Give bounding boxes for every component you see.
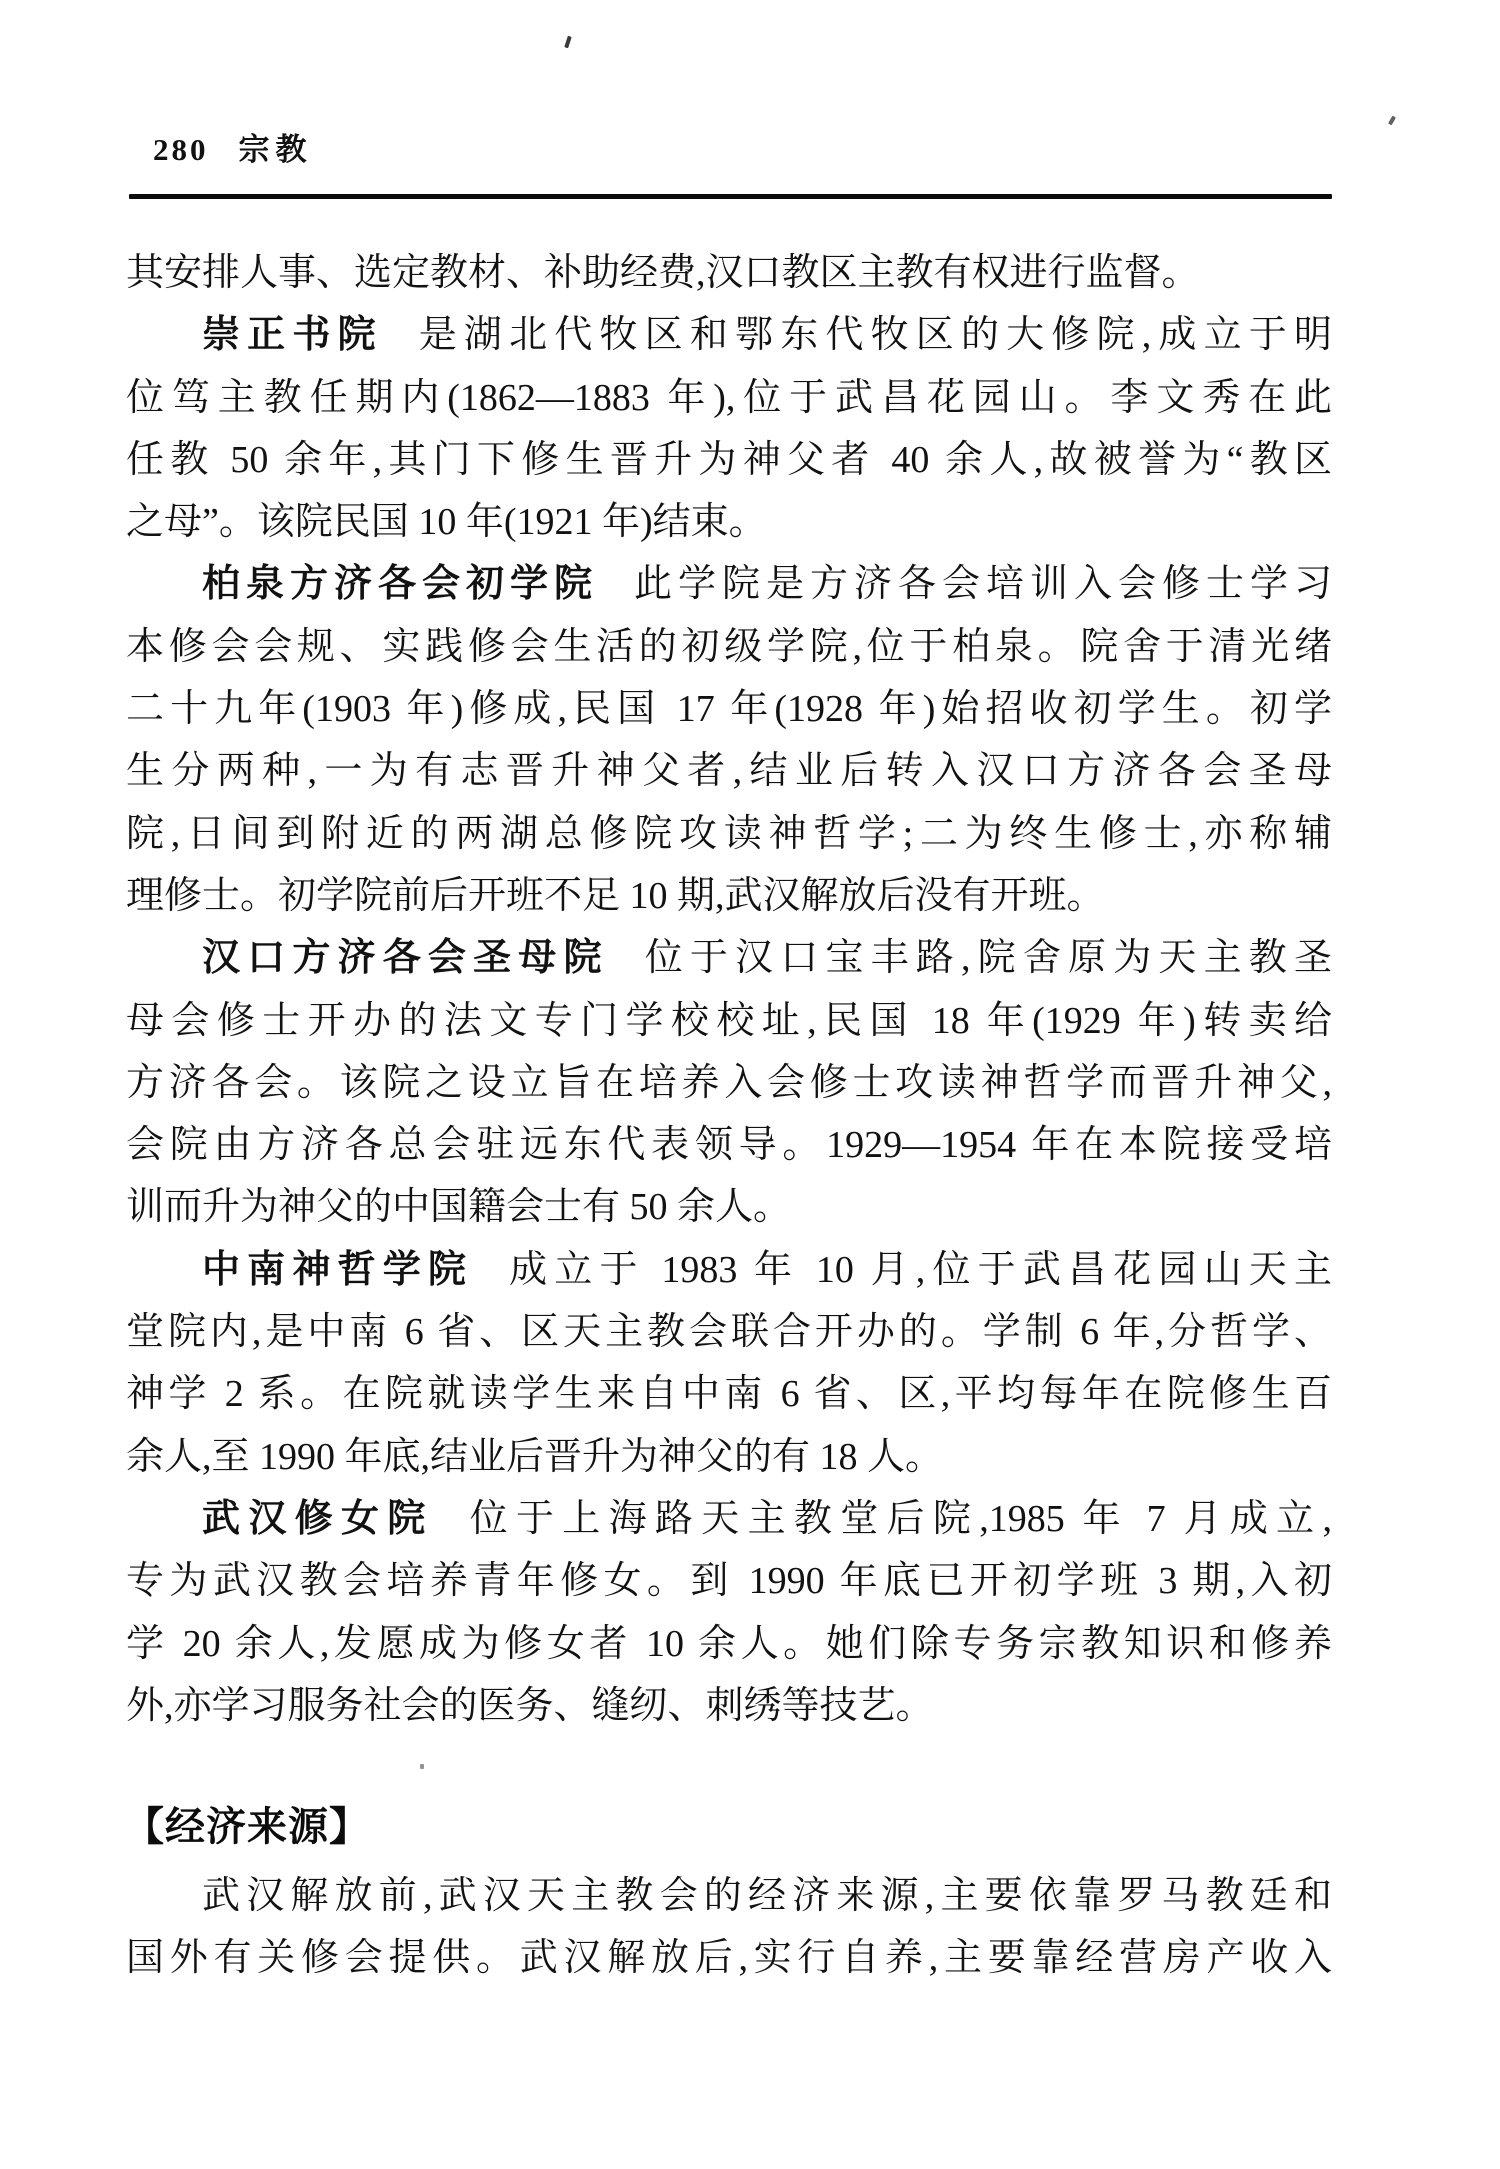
text-line: 会院由方济各总会驻远东代表领导。1929—1954 年在本院接受培 bbox=[126, 1114, 1332, 1176]
text-line: 其安排人事、选定教材、补助经费,汉口教区主教有权进行监督。 bbox=[126, 242, 1332, 304]
text-line: 之母”。该院民国 10 年(1921 年)结束。 bbox=[126, 491, 1332, 553]
text-run: 【经济来源】 bbox=[124, 1805, 370, 1849]
entry-term: 汉口方济各会圣母院 bbox=[202, 937, 609, 979]
section-heading: 【经济来源】 bbox=[124, 1789, 1332, 1865]
text-run: 院,日间到附近的两湖总修院攻读神哲学;二为终生修士,亦称辅 bbox=[126, 813, 1332, 855]
text-line: 外,亦学习服务社会的医务、缝纫、刺绣等技艺。 bbox=[126, 1675, 1332, 1737]
entry-term: 武汉修女院 bbox=[202, 1498, 434, 1540]
text-run: 位于上海路天主教堂后院,1985 年 7 月成立, bbox=[470, 1498, 1332, 1540]
text-line: 任教 50 余年,其门下修生晋升为神父者 40 余人,故被誉为“教区 bbox=[126, 429, 1332, 491]
text-run: 其安排人事、选定教材、补助经费,汉口教区主教有权进行监督。 bbox=[126, 252, 1200, 294]
text-line: 二十九年(1903 年)修成,民国 17 年(1928 年)始招收初学生。初学 bbox=[126, 678, 1332, 740]
running-title: 宗教 bbox=[239, 132, 313, 167]
text-run: 成立于 1983 年 10 月,位于武昌花园山天主 bbox=[509, 1249, 1332, 1291]
text-line: 训而升为神父的中国籍会士有 50 余人。 bbox=[126, 1176, 1332, 1238]
text-run: 任教 50 余年,其门下修生晋升为神父者 40 余人,故被誉为“教区 bbox=[126, 439, 1332, 481]
text-line: 武汉修女院位于上海路天主教堂后院,1985 年 7 月成立, bbox=[126, 1488, 1332, 1550]
text-line: 方济各会。该院之设立旨在培养入会修士攻读神哲学而晋升神父, bbox=[126, 1052, 1332, 1114]
text-line: 理修士。初学院前后开班不足 10 期,武汉解放后没有开班。 bbox=[126, 865, 1332, 927]
entry-term: 中南神哲学院 bbox=[202, 1249, 473, 1291]
text-line: 院,日间到附近的两湖总修院攻读神哲学;二为终生修士,亦称辅 bbox=[126, 803, 1332, 865]
text-run: 余人,至 1990 年底,结业后晋升为神父的有 18 人。 bbox=[126, 1436, 943, 1478]
text-run: 理修士。初学院前后开班不足 10 期,武汉解放后没有开班。 bbox=[126, 875, 1105, 917]
scan-artifact bbox=[295, 1688, 299, 1693]
text-run: 武汉解放前,武汉天主教会的经济来源,主要依靠罗马教廷和 bbox=[202, 1875, 1332, 1917]
header-rule bbox=[129, 194, 1332, 199]
text-line: 武汉解放前,武汉天主教会的经济来源,主要依靠罗马教廷和 bbox=[126, 1865, 1332, 1927]
page-header: 280宗教 bbox=[153, 130, 313, 170]
text-line: 位笃主教任期内(1862—1883 年),位于武昌花园山。李文秀在此 bbox=[126, 367, 1332, 429]
entry-term: 柏泉方济各会初学院 bbox=[202, 563, 598, 605]
text-run: 外,亦学习服务社会的医务、缝纫、刺绣等技艺。 bbox=[126, 1685, 934, 1727]
text-run: 本修会会规、实践修会生活的初级学院,位于柏泉。院舍于清光绪 bbox=[126, 626, 1332, 668]
text-run: 之母”。该院民国 10 年(1921 年)结束。 bbox=[126, 501, 767, 543]
text-run: 位笃主教任期内(1862—1883 年),位于武昌花园山。李文秀在此 bbox=[126, 377, 1332, 419]
book-page: 280宗教 其安排人事、选定教材、补助经费,汉口教区主教有权进行监督。崇正书院是… bbox=[0, 0, 1500, 2169]
text-run: 专为武汉教会培养青年修女。到 1990 年底已开初学班 3 期,入初 bbox=[126, 1560, 1332, 1602]
text-line: 专为武汉教会培养青年修女。到 1990 年底已开初学班 3 期,入初 bbox=[126, 1550, 1332, 1612]
text-run: 二十九年(1903 年)修成,民国 17 年(1928 年)始招收初学生。初学 bbox=[126, 688, 1332, 730]
text-line: 余人,至 1990 年底,结业后晋升为神父的有 18 人。 bbox=[126, 1426, 1332, 1488]
text-run: 会院由方济各总会驻远东代表领导。1929—1954 年在本院接受培 bbox=[126, 1124, 1332, 1166]
text-run: 神学 2 系。在院就读学生来自中南 6 省、区,平均每年在院修生百 bbox=[126, 1373, 1332, 1415]
text-run: 学 20 余人,发愿成为修女者 10 余人。她们除专务宗教知识和修养 bbox=[126, 1623, 1332, 1665]
text-run: 方济各会。该院之设立旨在培养入会修士攻读神哲学而晋升神父, bbox=[126, 1062, 1332, 1104]
text-run: 位于汉口宝丰路,院舍原为天主教圣 bbox=[645, 937, 1332, 979]
text-run: 生分两种,一为有志晋升神父者,结业后转入汉口方济各会圣母 bbox=[126, 750, 1332, 792]
text-line: 学 20 余人,发愿成为修女者 10 余人。她们除专务宗教知识和修养 bbox=[126, 1613, 1332, 1675]
text-run: 此学院是方济各会培训入会修士学习 bbox=[634, 563, 1332, 605]
scan-artifact bbox=[1388, 116, 1396, 126]
text-run: 训而升为神父的中国籍会士有 50 余人。 bbox=[126, 1186, 791, 1228]
text-line: 生分两种,一为有志晋升神父者,结业后转入汉口方济各会圣母 bbox=[126, 740, 1332, 802]
scan-artifact bbox=[420, 1764, 424, 1769]
text-run: 是湖北代牧区和鄂东代牧区的大修院,成立于明 bbox=[419, 314, 1332, 356]
text-line: 国外有关修会提供。武汉解放后,实行自养,主要靠经营房产收入 bbox=[126, 1927, 1332, 1989]
text-line: 神学 2 系。在院就读学生来自中南 6 省、区,平均每年在院修生百 bbox=[126, 1363, 1332, 1425]
paragraph-gap bbox=[126, 1737, 1332, 1789]
text-line: 本修会会规、实践修会生活的初级学院,位于柏泉。院舍于清光绪 bbox=[126, 616, 1332, 678]
text-line: 堂院内,是中南 6 省、区天主教会联合开办的。学制 6 年,分哲学、 bbox=[126, 1301, 1332, 1363]
text-line: 柏泉方济各会初学院此学院是方济各会培训入会修士学习 bbox=[126, 553, 1332, 615]
text-run: 国外有关修会提供。武汉解放后,实行自养,主要靠经营房产收入 bbox=[126, 1937, 1332, 1979]
text-line: 崇正书院是湖北代牧区和鄂东代牧区的大修院,成立于明 bbox=[126, 304, 1332, 366]
scan-artifact bbox=[564, 36, 572, 49]
text-run: 母会修士开办的法文专门学校校址,民国 18 年(1929 年)转卖给 bbox=[126, 1000, 1332, 1042]
body-text: 其安排人事、选定教材、补助经费,汉口教区主教有权进行监督。崇正书院是湖北代牧区和… bbox=[126, 242, 1332, 1990]
entry-term: 崇正书院 bbox=[202, 314, 383, 356]
text-line: 汉口方济各会圣母院位于汉口宝丰路,院舍原为天主教圣 bbox=[126, 927, 1332, 989]
text-line: 中南神哲学院成立于 1983 年 10 月,位于武昌花园山天主 bbox=[126, 1239, 1332, 1301]
text-run: 堂院内,是中南 6 省、区天主教会联合开办的。学制 6 年,分哲学、 bbox=[126, 1311, 1332, 1353]
text-line: 母会修士开办的法文专门学校校址,民国 18 年(1929 年)转卖给 bbox=[126, 990, 1332, 1052]
page-number: 280 bbox=[153, 132, 209, 167]
